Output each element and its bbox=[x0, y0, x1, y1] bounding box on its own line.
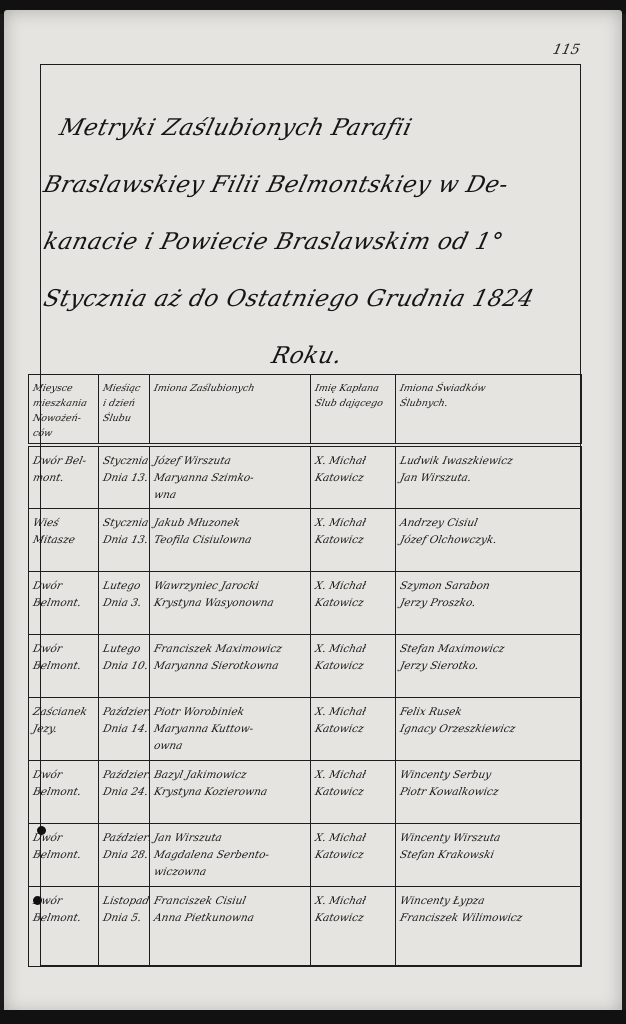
cell-text-line: Dnia 24. bbox=[101, 784, 147, 801]
cell-text-line: Katowicz bbox=[313, 595, 393, 612]
cell-text-line: Felix Rusek bbox=[398, 704, 579, 721]
cell-date: PaździernikaDnia 28. bbox=[99, 823, 150, 886]
cell-text-line: Października bbox=[101, 767, 147, 784]
cell-witnesses: Andrzey CisiulJózef Olchowczyk. bbox=[396, 508, 582, 571]
cell-text-line: Mieśiąc bbox=[101, 381, 146, 396]
cell-text-line: Krystyna Kozierowna bbox=[152, 784, 308, 801]
cell-text-line: Krystyna Wasyonowna bbox=[152, 595, 308, 612]
cell-text-line: X. Michał bbox=[313, 830, 393, 847]
cell-text-line: Wawrzyniec Jarocki bbox=[152, 578, 308, 595]
cell-text-line: Jan Wirszuta bbox=[152, 830, 308, 847]
cell-priest: X. MichałKatowicz bbox=[311, 886, 396, 966]
cell-text-line: X. Michał bbox=[313, 767, 393, 784]
cell-priest: X. MichałKatowicz bbox=[311, 760, 396, 823]
cell-text-line: Franciszek Wilimowicz bbox=[398, 910, 579, 927]
cell-text-line: Ignacy Orzeszkiewicz bbox=[398, 721, 579, 738]
cell-date: LutegoDnia 10. bbox=[99, 634, 150, 697]
cell-residence: DwórBelmont. bbox=[29, 634, 99, 697]
cell-text-line: Katowicz bbox=[313, 470, 393, 487]
cell-text-line: Bazyl Jakimowicz bbox=[152, 767, 308, 784]
cell-text-line: Franciszek Maximowicz bbox=[152, 641, 308, 658]
cell-text-line: Imiona Świadków bbox=[398, 381, 578, 396]
cell-text-line: Jerzy Sierotko. bbox=[398, 658, 579, 675]
cell-witnesses: Wincenty SerbuyPiotr Kowalkowicz bbox=[396, 760, 582, 823]
cell-residence: ZaścianekJezy. bbox=[29, 697, 99, 760]
cell-text-line: Katowicz bbox=[313, 784, 393, 801]
cell-text-line: Jan Wirszuta. bbox=[398, 470, 579, 487]
cell-text-line: Nowożeń- bbox=[31, 411, 95, 426]
cell-text-line: Belmont. bbox=[31, 784, 96, 801]
cell-text-line: Dwór bbox=[31, 767, 96, 784]
cell-priest: X. MichałKatowicz bbox=[311, 508, 396, 571]
cell-date: ListopadaDnia 5. bbox=[99, 886, 150, 966]
cell-text-line: Dnia 5. bbox=[101, 910, 147, 927]
cell-text-line: mont. bbox=[31, 470, 96, 487]
cell-text-line: wna bbox=[152, 487, 308, 504]
cell-text-line: X. Michał bbox=[313, 704, 393, 721]
cell-witnesses: Szymon SarabonJerzy Proszko. bbox=[396, 571, 582, 634]
cell-text-line: X. Michał bbox=[313, 578, 393, 595]
cell-text-line: Maryanna Sierotkowna bbox=[152, 658, 308, 675]
column-header-residence: Mieysce mieszkania Nowożeń- ców bbox=[29, 375, 99, 446]
cell-text-line: Teofila Cisiulowna bbox=[152, 532, 308, 549]
cell-text-line: Października bbox=[101, 704, 147, 721]
cell-text-line: Ślubnych. bbox=[398, 396, 578, 411]
cell-text-line: Imię Kapłana bbox=[313, 381, 392, 396]
table-row: DwórBelmont. LutegoDnia 3. Wawrzyniec Ja… bbox=[29, 571, 582, 634]
cell-text-line: Dnia 28. bbox=[101, 847, 147, 864]
cell-text-line: X. Michał bbox=[313, 515, 393, 532]
register-title: Metryki Zaślubionych Parafii Braslawskie… bbox=[44, 100, 574, 385]
cell-text-line: wiczowna bbox=[152, 864, 308, 881]
table-row: DwórBelmont. PaździernikaDnia 24. Bazyl … bbox=[29, 760, 582, 823]
cell-text-line: Stefan Maximowicz bbox=[398, 641, 579, 658]
cell-text-line: Katowicz bbox=[313, 721, 393, 738]
cell-text-line: Dwór bbox=[31, 641, 96, 658]
cell-text-line: Belmont. bbox=[31, 658, 96, 675]
cell-priest: X. MichałKatowicz bbox=[311, 823, 396, 886]
cell-text-line: Magdalena Serbento- bbox=[152, 847, 308, 864]
cell-date: LutegoDnia 3. bbox=[99, 571, 150, 634]
scan-bottom-edge bbox=[0, 1010, 626, 1024]
cell-witnesses: Wincenty WirszutaStefan Krakowski bbox=[396, 823, 582, 886]
cell-text-line: X. Michał bbox=[313, 893, 393, 910]
cell-text-line: Katowicz bbox=[313, 658, 393, 675]
title-line: Braslawskiey Filii Belmontskiey w De- bbox=[37, 157, 581, 214]
cell-text-line: Dnia 13. bbox=[101, 532, 147, 549]
cell-names: Józef WirszutaMaryanna Szimko-wna bbox=[150, 445, 311, 508]
cell-witnesses: Stefan MaximowiczJerzy Sierotko. bbox=[396, 634, 582, 697]
cell-text-line: Jerzy Proszko. bbox=[398, 595, 579, 612]
cell-text-line: Jezy. bbox=[31, 721, 96, 738]
cell-date: StyczniaDnia 13. bbox=[99, 445, 150, 508]
cell-priest: X. MichałKatowicz bbox=[311, 634, 396, 697]
cell-priest: X. MichałKatowicz bbox=[311, 697, 396, 760]
cell-text-line: Ślub dającego bbox=[313, 396, 392, 411]
cell-text-line: Piotr Worobiniek bbox=[152, 704, 308, 721]
cell-text-line: Piotr Kowalkowicz bbox=[398, 784, 579, 801]
cell-priest: X. MichałKatowicz bbox=[311, 445, 396, 508]
cell-text-line: Imiona Zaślubionych bbox=[152, 381, 307, 396]
column-header-names: Imiona Zaślubionych bbox=[150, 375, 311, 446]
cell-text-line: Stycznia bbox=[101, 515, 147, 532]
table-row: DwórBelmont. ListopadaDnia 5. Franciszek… bbox=[29, 886, 582, 966]
cell-text-line: Zaścianek bbox=[31, 704, 96, 721]
cell-text-line: X. Michał bbox=[313, 641, 393, 658]
title-line: kanacie i Powiecie Braslawskim od 1° bbox=[37, 214, 581, 271]
cell-text-line: Anna Pietkunowna bbox=[152, 910, 308, 927]
cell-text-line: Belmont. bbox=[31, 847, 96, 864]
cell-witnesses: Wincenty ŁypzaFranciszek Wilimowicz bbox=[396, 886, 582, 966]
cell-residence: Dwór Bel-mont. bbox=[29, 445, 99, 508]
cell-text-line: Józef Olchowczyk. bbox=[398, 532, 579, 549]
cell-text-line: ców bbox=[31, 426, 95, 441]
cell-text-line: Dnia 3. bbox=[101, 595, 147, 612]
cell-residence: DwórBelmont. bbox=[29, 571, 99, 634]
cell-residence: WieśMitasze bbox=[29, 508, 99, 571]
cell-names: Piotr WorobiniekMaryanna Kuttow-owna bbox=[150, 697, 311, 760]
cell-date: PaździernikaDnia 14. bbox=[99, 697, 150, 760]
table-row: ZaścianekJezy. PaździernikaDnia 14. Piot… bbox=[29, 697, 582, 760]
cell-text-line: Wincenty Serbuy bbox=[398, 767, 579, 784]
cell-text-line: Dnia 10. bbox=[101, 658, 147, 675]
cell-text-line: Katowicz bbox=[313, 910, 393, 927]
title-line: Metryki Zaślubionych Parafii bbox=[37, 100, 581, 157]
cell-text-line: Jakub Młuzonek bbox=[152, 515, 308, 532]
cell-text-line: Dnia 14. bbox=[101, 721, 147, 738]
cell-text-line: i dzień bbox=[101, 396, 146, 411]
title-line: Stycznia aż do Ostatniego Grudnia 1824 bbox=[37, 271, 581, 328]
cell-text-line: Mitasze bbox=[31, 532, 96, 549]
cell-text-line: Maryanna Szimko- bbox=[152, 470, 308, 487]
cell-names: Franciszek CisiulAnna Pietkunowna bbox=[150, 886, 311, 966]
cell-text-line: mieszkania bbox=[31, 396, 95, 411]
cell-text-line: Dwór bbox=[31, 578, 96, 595]
cell-text-line: Józef Wirszuta bbox=[152, 453, 308, 470]
cell-names: Jan WirszutaMagdalena Serbento-wiczowna bbox=[150, 823, 311, 886]
table-row: WieśMitasze StyczniaDnia 13. Jakub Młuzo… bbox=[29, 508, 582, 571]
cell-text-line: Katowicz bbox=[313, 532, 393, 549]
cell-text-line: Ludwik Iwaszkiewicz bbox=[398, 453, 579, 470]
cell-text-line: Stefan Krakowski bbox=[398, 847, 579, 864]
cell-text-line: X. Michał bbox=[313, 453, 393, 470]
cell-residence: DwórBelmont. bbox=[29, 760, 99, 823]
cell-witnesses: Ludwik IwaszkiewiczJan Wirszuta. bbox=[396, 445, 582, 508]
cell-text-line: Franciszek Cisiul bbox=[152, 893, 308, 910]
cell-names: Wawrzyniec JarockiKrystyna Wasyonowna bbox=[150, 571, 311, 634]
cell-text-line: Listopada bbox=[101, 893, 147, 910]
column-header-priest: Imię Kapłana Ślub dającego bbox=[311, 375, 396, 446]
ink-blot bbox=[37, 826, 46, 835]
cell-text-line: Mieysce bbox=[31, 381, 95, 396]
cell-names: Franciszek MaximowiczMaryanna Sierotkown… bbox=[150, 634, 311, 697]
cell-text-line: Wincenty Wirszuta bbox=[398, 830, 579, 847]
cell-text-line: Andrzey Cisiul bbox=[398, 515, 579, 532]
cell-text-line: Belmont. bbox=[31, 595, 96, 612]
cell-text-line: owna bbox=[152, 738, 308, 755]
cell-witnesses: Felix RusekIgnacy Orzeszkiewicz bbox=[396, 697, 582, 760]
cell-text-line: Wincenty Łypza bbox=[398, 893, 579, 910]
cell-date: PaździernikaDnia 24. bbox=[99, 760, 150, 823]
table-row: Dwór Bel-mont. StyczniaDnia 13. Józef Wi… bbox=[29, 445, 582, 508]
cell-text-line: Maryanna Kuttow- bbox=[152, 721, 308, 738]
cell-date: StyczniaDnia 13. bbox=[99, 508, 150, 571]
cell-text-line: Dnia 13. bbox=[101, 470, 147, 487]
cell-text-line: Dwór Bel- bbox=[31, 453, 96, 470]
ink-blot bbox=[33, 896, 42, 905]
cell-text-line: Szymon Sarabon bbox=[398, 578, 579, 595]
cell-names: Bazyl JakimowiczKrystyna Kozierowna bbox=[150, 760, 311, 823]
cell-text-line: Ślubu bbox=[101, 411, 146, 426]
cell-text-line: Katowicz bbox=[313, 847, 393, 864]
folio-number: 115 bbox=[551, 42, 581, 58]
column-header-date: Mieśiąc i dzień Ślubu bbox=[99, 375, 150, 446]
cell-priest: X. MichałKatowicz bbox=[311, 571, 396, 634]
table-row: DwórBelmont. LutegoDnia 10. Franciszek M… bbox=[29, 634, 582, 697]
cell-text-line: Belmont. bbox=[31, 910, 96, 927]
cell-text-line: Lutego bbox=[101, 641, 147, 658]
table-header-row: Mieysce mieszkania Nowożeń- ców Mieśiąc … bbox=[29, 375, 582, 446]
cell-text-line: Lutego bbox=[101, 578, 147, 595]
cell-text-line: Wieś bbox=[31, 515, 96, 532]
cell-text-line: Października bbox=[101, 830, 147, 847]
table-row: DwórBelmont. PaździernikaDnia 28. Jan Wi… bbox=[29, 823, 582, 886]
cell-names: Jakub MłuzonekTeofila Cisiulowna bbox=[150, 508, 311, 571]
marriage-register-table: Mieysce mieszkania Nowożeń- ców Mieśiąc … bbox=[28, 374, 582, 967]
column-header-witnesses: Imiona Świadków Ślubnych. bbox=[396, 375, 582, 446]
cell-text-line: Stycznia bbox=[101, 453, 147, 470]
